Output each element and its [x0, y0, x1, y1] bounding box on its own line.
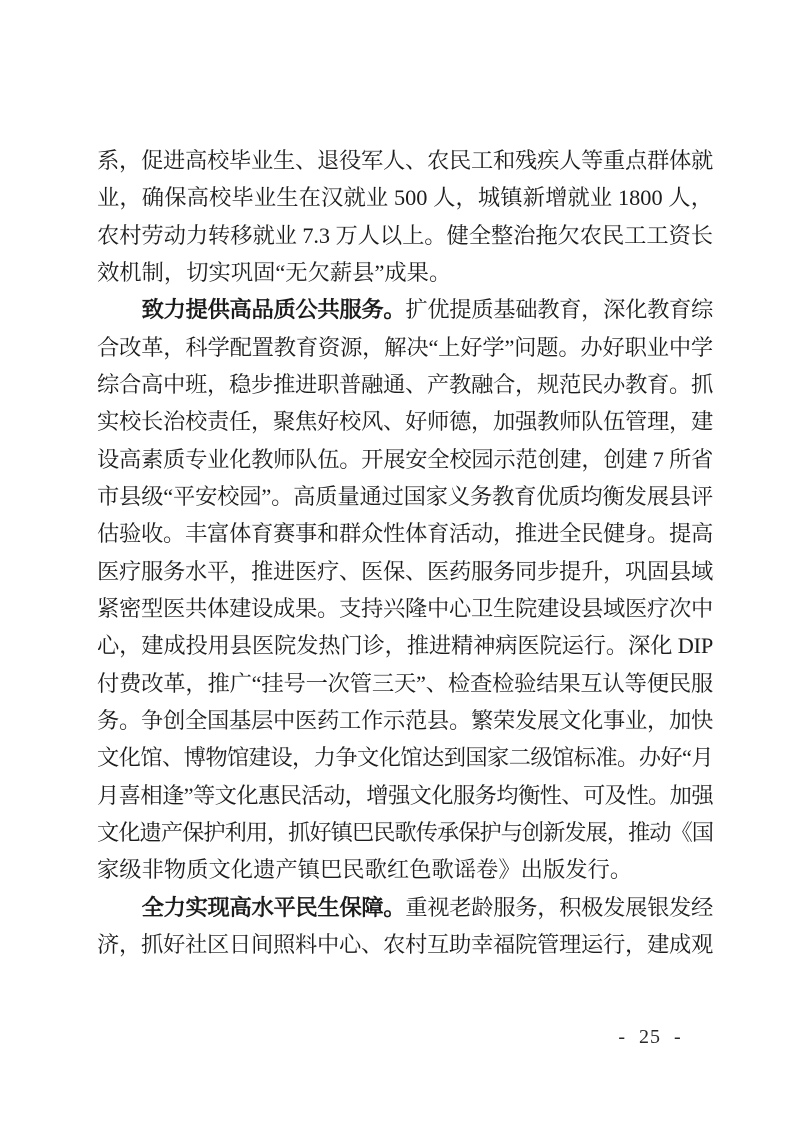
text-segment: 月喜相逢”等文化惠民活动，增强文化服务均衡性、可及性。加强: [97, 783, 713, 808]
paragraph: 致力提供高品质公共服务。扩优提质基础教育，深化教育综合改革，科学配置教育资源，解…: [97, 291, 713, 888]
text-line: 合改革，科学配置教育资源，解决“上好学”问题。办好职业中学: [97, 329, 713, 366]
text-line: 致力提供高品质公共服务。扩优提质基础教育，深化教育综: [97, 291, 713, 328]
text-line: 家级非物质文化遗产镇巴民歌红色歌谣卷》出版发行。: [97, 851, 713, 888]
text-segment: 综合高中班，稳步推进职普融通、产教融合，规范民办教育。抓: [97, 372, 713, 397]
text-line: 务。争创全国基层中医药工作示范县。繁荣发展文化事业，加快: [97, 702, 713, 739]
text-line: 综合高中班，稳步推进职普融通、产教融合，规范民办教育。抓: [97, 366, 713, 403]
text-segment: 扩优提质基础教育，深化教育综: [405, 297, 713, 322]
text-segment: 心，建成投用县医院发热门诊，推进精神病医院运行。深化 DIP: [97, 633, 713, 658]
text-segment: 设高素质专业化教师队伍。开展安全校园示范创建，创建 7 所省: [97, 447, 713, 472]
text-line: 文化遗产保护利用，抓好镇巴民歌传承保护与创新发展，推动《国: [97, 814, 713, 851]
text-line: 市县级“平安校园”。高质量通过国家义务教育优质均衡发展县评: [97, 478, 713, 515]
text-line: 估验收。丰富体育赛事和群众性体育活动，推进全民健身。提高: [97, 515, 713, 552]
text-line: 月喜相逢”等文化惠民活动，增强文化服务均衡性、可及性。加强: [97, 777, 713, 814]
text-line: 医疗服务水平，推进医疗、医保、医药服务同步提升，巩固县域: [97, 553, 713, 590]
document-body: 系，促进高校毕业生、退役军人、农民工和残疾人等重点群体就业，确保高校毕业生在汉就…: [97, 142, 713, 963]
text-line: 实校长治校责任，聚焦好校风、好师德，加强教师队伍管理，建: [97, 403, 713, 440]
paragraph: 系，促进高校毕业生、退役军人、农民工和残疾人等重点群体就业，确保高校毕业生在汉就…: [97, 142, 713, 291]
text-line: 农村劳动力转移就业 7.3 万人以上。健全整治拖欠农民工工资长: [97, 217, 713, 254]
text-segment: 估验收。丰富体育赛事和群众性体育活动，推进全民健身。提高: [97, 521, 713, 546]
text-segment: 系，促进高校毕业生、退役军人、农民工和残疾人等重点群体就: [97, 148, 713, 173]
text-segment: 济，抓好社区日间照料中心、农村互助幸福院管理运行，建成观: [97, 932, 713, 957]
paragraph: 全力实现高水平民生保障。重视老龄服务，积极发展银发经济，抓好社区日间照料中心、农…: [97, 889, 713, 964]
text-segment: 文化遗产保护利用，抓好镇巴民歌传承保护与创新发展，推动《国: [97, 820, 713, 845]
text-segment: 农村劳动力转移就业 7.3 万人以上。健全整治拖欠农民工工资长: [97, 223, 713, 248]
text-line: 系，促进高校毕业生、退役军人、农民工和残疾人等重点群体就: [97, 142, 713, 179]
text-segment: 实校长治校责任，聚焦好校风、好师德，加强教师队伍管理，建: [97, 409, 713, 434]
text-segment: 家级非物质文化遗产镇巴民歌红色歌谣卷》出版发行。: [97, 857, 632, 882]
text-segment: 付费改革，推广“挂号一次管三天”、检查检验结果互认等便民服: [97, 671, 713, 696]
text-line: 文化馆、博物馆建设，力争文化馆达到国家二级馆标准。办好“月: [97, 739, 713, 776]
text-line: 业，确保高校毕业生在汉就业 500 人，城镇新增就业 1800 人，: [97, 179, 713, 216]
text-line: 济，抓好社区日间照料中心、农村互助幸福院管理运行，建成观: [97, 926, 713, 963]
text-line: 全力实现高水平民生保障。重视老龄服务，积极发展银发经: [97, 889, 713, 926]
page-number: - 25 -: [560, 1026, 740, 1049]
text-segment: 合改革，科学配置教育资源，解决“上好学”问题。办好职业中学: [97, 335, 713, 360]
text-line: 紧密型医共体建设成果。支持兴隆中心卫生院建设县域医疗次中: [97, 590, 713, 627]
bold-lead-segment: 致力提供高品质公共服务。: [142, 297, 406, 322]
text-segment: 业，确保高校毕业生在汉就业 500 人，城镇新增就业 1800 人，: [97, 185, 713, 210]
text-segment: 务。争创全国基层中医药工作示范县。繁荣发展文化事业，加快: [97, 708, 713, 733]
text-segment: 重视老龄服务，积极发展银发经: [405, 895, 713, 920]
document-page: 系，促进高校毕业生、退役军人、农民工和残疾人等重点群体就业，确保高校毕业生在汉就…: [0, 0, 793, 1122]
text-line: 效机制，切实巩固“无欠薪县”成果。: [97, 254, 713, 291]
text-line: 付费改革，推广“挂号一次管三天”、检查检验结果互认等便民服: [97, 665, 713, 702]
bold-lead-segment: 全力实现高水平民生保障。: [142, 895, 406, 920]
text-line: 设高素质专业化教师队伍。开展安全校园示范创建，创建 7 所省: [97, 441, 713, 478]
text-segment: 医疗服务水平，推进医疗、医保、医药服务同步提升，巩固县域: [97, 559, 713, 584]
text-segment: 紧密型医共体建设成果。支持兴隆中心卫生院建设县域医疗次中: [97, 596, 713, 621]
text-segment: 文化馆、博物馆建设，力争文化馆达到国家二级馆标准。办好“月: [97, 745, 713, 770]
text-segment: 市县级“平安校园”。高质量通过国家义务教育优质均衡发展县评: [97, 484, 713, 509]
text-segment: 效机制，切实巩固“无欠薪县”成果。: [97, 260, 451, 285]
text-line: 心，建成投用县医院发热门诊，推进精神病医院运行。深化 DIP: [97, 627, 713, 664]
